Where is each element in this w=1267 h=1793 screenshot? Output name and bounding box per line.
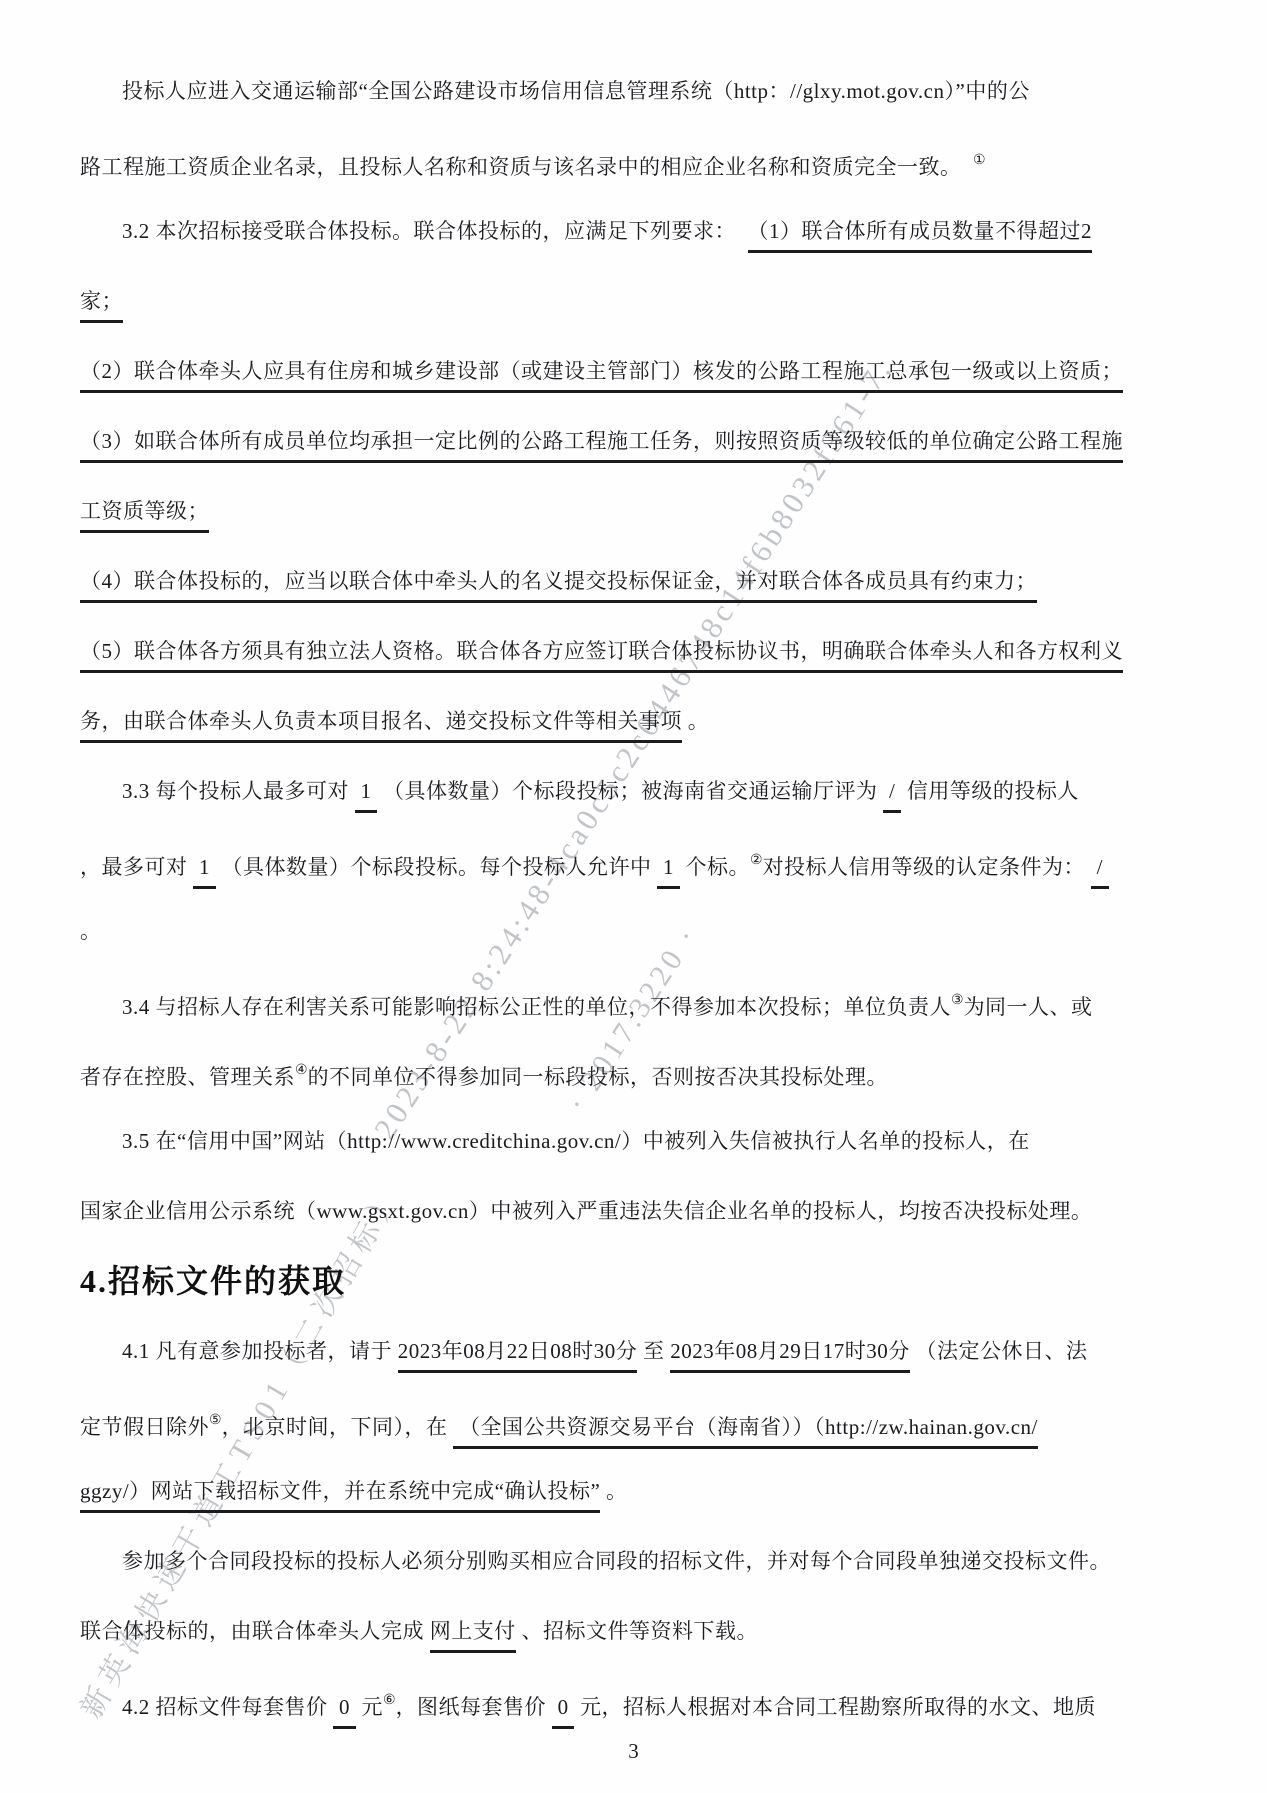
underlined-text: 家；	[80, 289, 123, 323]
para-3-4-line2: 者存在控股、管理关系④的不同单位不得参加同一标段投标，否则按否决其投标处理。	[80, 1036, 1032, 1106]
text-segment: 元，招标人根据对本合同工程勘察所取得的水文、地质	[574, 1695, 1096, 1719]
text-segment: 3.4 与招标人存在利害关系可能影响招标公正性的单位，不得参加本次投标；单位负责…	[122, 995, 951, 1019]
text-segment: （法定公休日、法	[910, 1339, 1088, 1363]
para-4-1-line5: 联合体投标的，由联合体牵头人完成 网上支付 、招标文件等资料下载。	[80, 1596, 1032, 1666]
text-segment: 投标人应进入交通运输部“全国公路建设市场信用信息管理系统（http：//glxy…	[122, 79, 1030, 103]
underlined-text: （3）如联合体所有成员单位均承担一定比例的公路工程施工任务，则按照资质等级较低的…	[80, 429, 1123, 463]
underlined-text: 2023年08月22日08时30分	[398, 1339, 638, 1373]
text-segment: 国家企业信用公示系统（www.gsxt.gov.cn）中被列入严重违法失信企业名…	[80, 1199, 1092, 1223]
text-segment: 4.1 凡有意参加投标者，请于	[122, 1339, 398, 1363]
text-segment: （具体数量）个标段投标。每个投标人允许中	[216, 855, 658, 879]
para-4-2-line1: 4.2 招标文件每套售价 0 元⑥，图纸每套售价 0 元，招标人根据对本合同工程…	[80, 1666, 1032, 1736]
para-3-2-line1: 3.2 本次招标接受联合体投标。联合体投标的，应满足下列要求： （1）联合体所有…	[80, 196, 1032, 266]
text-segment: 。	[80, 919, 102, 943]
footnote-ref: ①	[973, 153, 986, 168]
underlined-text: （2）联合体牵头人应具有住房和城乡建设部（或建设主管部门）核发的公路工程施工总承…	[80, 359, 1123, 393]
footnote-ref: ④	[295, 1063, 308, 1078]
underlined-text: 工资质等级；	[80, 499, 209, 533]
underlined-text: 2023年08月29日17时30分	[670, 1339, 910, 1373]
para-4-1-line3: ggzy/）网站下载招标文件，并在系统中完成“确认投标” 。	[80, 1456, 1032, 1526]
footnote-ref: ⑥	[383, 1693, 396, 1708]
text-segment: 4.招标文件的获取	[80, 1263, 346, 1299]
para-3-2-line6: （4）联合体投标的，应当以联合体中牵头人的名义提交投标保证金，并对联合体各成员具…	[80, 546, 1032, 616]
para-3-1-line1: 投标人应进入交通运输部“全国公路建设市场信用信息管理系统（http：//glxy…	[80, 56, 1032, 126]
para-3-4-line1: 3.4 与招标人存在利害关系可能影响招标公正性的单位，不得参加本次投标；单位负责…	[80, 966, 1032, 1036]
underlined-text: 1	[355, 779, 378, 813]
underlined-text: 0	[552, 1695, 575, 1729]
text-segment: ，北京时间，下同），在	[222, 1415, 454, 1439]
footnote-ref: ③	[951, 993, 964, 1008]
text-segment: 个标。	[680, 855, 750, 879]
underlined-text: （4）联合体投标的，应当以联合体中牵头人的名义提交投标保证金，并对联合体各成员具…	[80, 569, 1037, 603]
document-body: 投标人应进入交通运输部“全国公路建设市场信用信息管理系统（http：//glxy…	[80, 56, 1032, 1736]
para-3-3-line3: 。	[80, 896, 1032, 966]
underlined-text: 1	[193, 855, 216, 889]
underlined-text: /	[883, 779, 901, 813]
text-segment: 、招标文件等资料下载。	[516, 1619, 758, 1643]
para-4-1-line2: 定节假日除外⑤，北京时间，下同），在 （全国公共资源交易平台（海南省））（htt…	[80, 1386, 1032, 1456]
para-3-2-line2: 家；	[80, 266, 1032, 336]
para-3-3-line2: ，最多可对 1 （具体数量）个标段投标。每个投标人允许中 1 个标。②对投标人信…	[80, 826, 1032, 896]
underlined-text: ggzy/）网站下载招标文件，并在系统中完成“确认投标”	[80, 1479, 600, 1513]
text-segment: 的不同单位不得参加同一标段投标，否则按否决其投标处理。	[308, 1065, 889, 1089]
text-segment: 者存在控股、管理关系	[80, 1065, 295, 1089]
underlined-text: 0	[333, 1695, 356, 1729]
text-segment: 路工程施工资质企业名录，且投标人名称和资质与该名录中的相应企业名称和资质完全一致…	[80, 155, 973, 179]
para-3-5-line1: 3.5 在“信用中国”网站（http://www.creditchina.gov…	[80, 1106, 1032, 1176]
text-segment: ，图纸每套售价	[396, 1695, 552, 1719]
underlined-text: 1	[657, 855, 680, 889]
footnote-ref: ⑤	[209, 1413, 222, 1428]
text-segment: 对投标人信用等级的认定条件为：	[763, 855, 1091, 879]
para-3-2-line8: 务，由联合体牵头人负责本项目报名、递交投标文件等相关事项 。	[80, 686, 1032, 756]
underlined-text: 网上支付	[430, 1619, 516, 1653]
para-3-5-line2: 国家企业信用公示系统（www.gsxt.gov.cn）中被列入严重违法失信企业名…	[80, 1176, 1032, 1246]
para-4-1-line4: 参加多个合同段投标的投标人必须分别购买相应合同段的招标文件，并对每个合同段单独递…	[80, 1526, 1032, 1596]
text-segment: 4.2 招标文件每套售价	[122, 1695, 333, 1719]
para-3-2-line3: （2）联合体牵头人应具有住房和城乡建设部（或建设主管部门）核发的公路工程施工总承…	[80, 336, 1032, 406]
underlined-text: （1）联合体所有成员数量不得超过2	[748, 219, 1093, 253]
text-segment: （具体数量）个标段投标；被海南省交通运输厅评为	[377, 779, 883, 803]
para-3-1-line2: 路工程施工资质企业名录，且投标人名称和资质与该名录中的相应企业名称和资质完全一致…	[80, 126, 1032, 196]
para-3-2-line4: （3）如联合体所有成员单位均承担一定比例的公路工程施工任务，则按照资质等级较低的…	[80, 406, 1032, 476]
text-segment: ，最多可对	[80, 855, 193, 879]
document-page: 新英海快速干道工TS01（二次招标） 2023-8-22 8:24:48-4ca…	[0, 0, 1267, 1793]
text-segment: 联合体投标的，由联合体牵头人完成	[80, 1619, 430, 1643]
text-segment: 3.5 在“信用中国”网站（http://www.creditchina.gov…	[122, 1129, 1030, 1153]
underlined-text: 务，由联合体牵头人负责本项目报名、递交投标文件等相关事项	[80, 709, 682, 743]
text-segment: 3.2 本次招标接受联合体投标。联合体投标的，应满足下列要求：	[122, 219, 748, 243]
para-3-2-line5: 工资质等级；	[80, 476, 1032, 546]
text-segment: 信用等级的投标人	[901, 779, 1079, 803]
text-segment: 。	[682, 709, 709, 733]
page-number: 3	[0, 1736, 1267, 1766]
text-segment: 。	[600, 1479, 627, 1503]
text-segment: 元	[356, 1695, 383, 1719]
section-4-heading: 4.招标文件的获取	[80, 1246, 1032, 1316]
text-segment: 至	[637, 1339, 670, 1363]
text-segment: 参加多个合同段投标的投标人必须分别购买相应合同段的招标文件，并对每个合同段单独递…	[122, 1549, 1111, 1573]
text-segment: 为同一人、或	[964, 995, 1093, 1019]
para-3-2-line7: （5）联合体各方须具有独立法人资格。联合体各方应签订联合体投标协议书，明确联合体…	[80, 616, 1032, 686]
underlined-text: （5）联合体各方须具有独立法人资格。联合体各方应签订联合体投标协议书，明确联合体…	[80, 639, 1123, 673]
footnote-ref: ②	[750, 853, 763, 868]
underlined-text: /	[1091, 855, 1109, 889]
para-4-1-line1: 4.1 凡有意参加投标者，请于 2023年08月22日08时30分 至 2023…	[80, 1316, 1032, 1386]
underlined-text: （全国公共资源交易平台（海南省））（http://zw.hainan.gov.c…	[453, 1415, 1038, 1449]
text-segment: 3.3 每个投标人最多可对	[122, 779, 355, 803]
para-3-3-line1: 3.3 每个投标人最多可对 1 （具体数量）个标段投标；被海南省交通运输厅评为 …	[80, 756, 1032, 826]
text-segment: 定节假日除外	[80, 1415, 209, 1439]
